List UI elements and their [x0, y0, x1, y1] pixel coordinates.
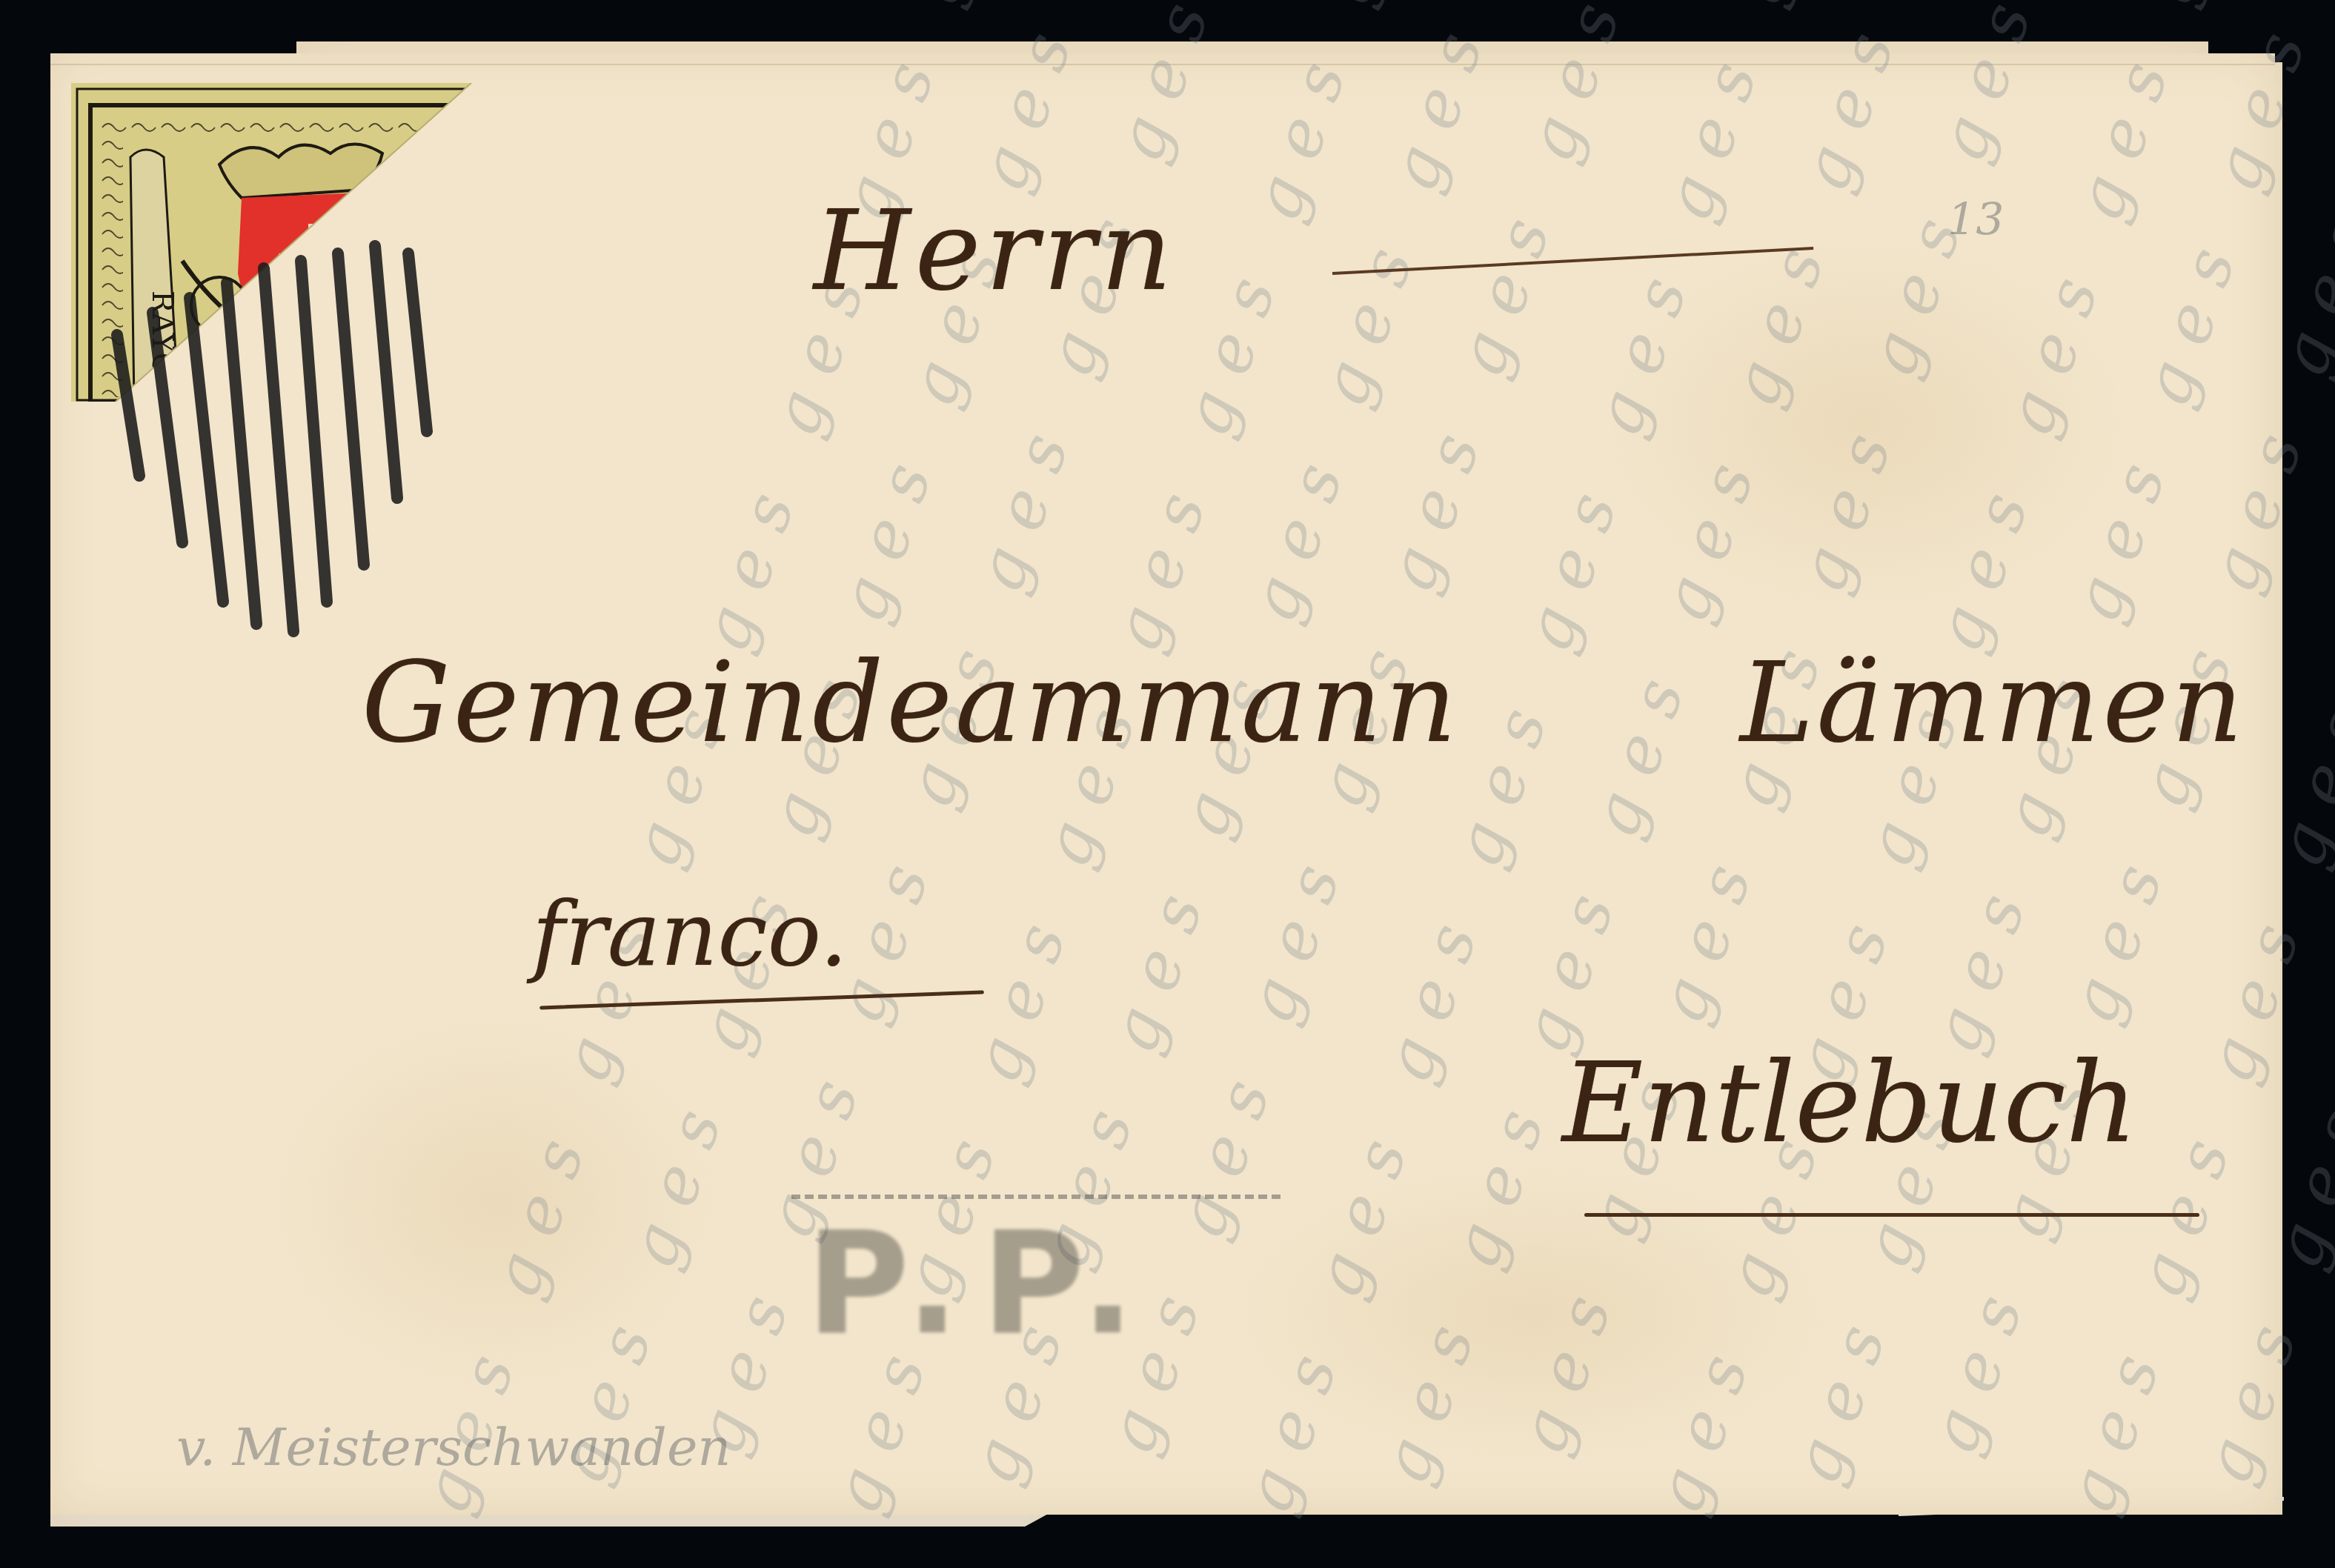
postal-cover: ges ges ges ges ges ges ges ges ges ges …: [50, 53, 2275, 1515]
stamp-rayon-ii-icon: e RAYON II: [71, 83, 525, 658]
postal-handstamp: P.P.: [762, 1180, 1295, 1402]
handstamp-text: P.P.: [806, 1202, 1157, 1366]
pencil-catalogue-number: 13: [1947, 194, 2004, 246]
destination-underline: [1584, 1213, 2199, 1217]
pencil-origin-note: v. Meisterschwanden: [176, 1417, 731, 1478]
addressee-title: Gemeindeammann: [362, 639, 1460, 768]
svg-text:e: e: [442, 131, 468, 183]
destination-town: Entlebuch: [1562, 1039, 2137, 1168]
bisected-stamp: e RAYON II: [71, 83, 525, 658]
franco-note: franco.: [532, 883, 848, 986]
addressee-salutation: Herrn: [814, 187, 1177, 316]
addressee-surname: Lämmen: [1740, 639, 2246, 768]
